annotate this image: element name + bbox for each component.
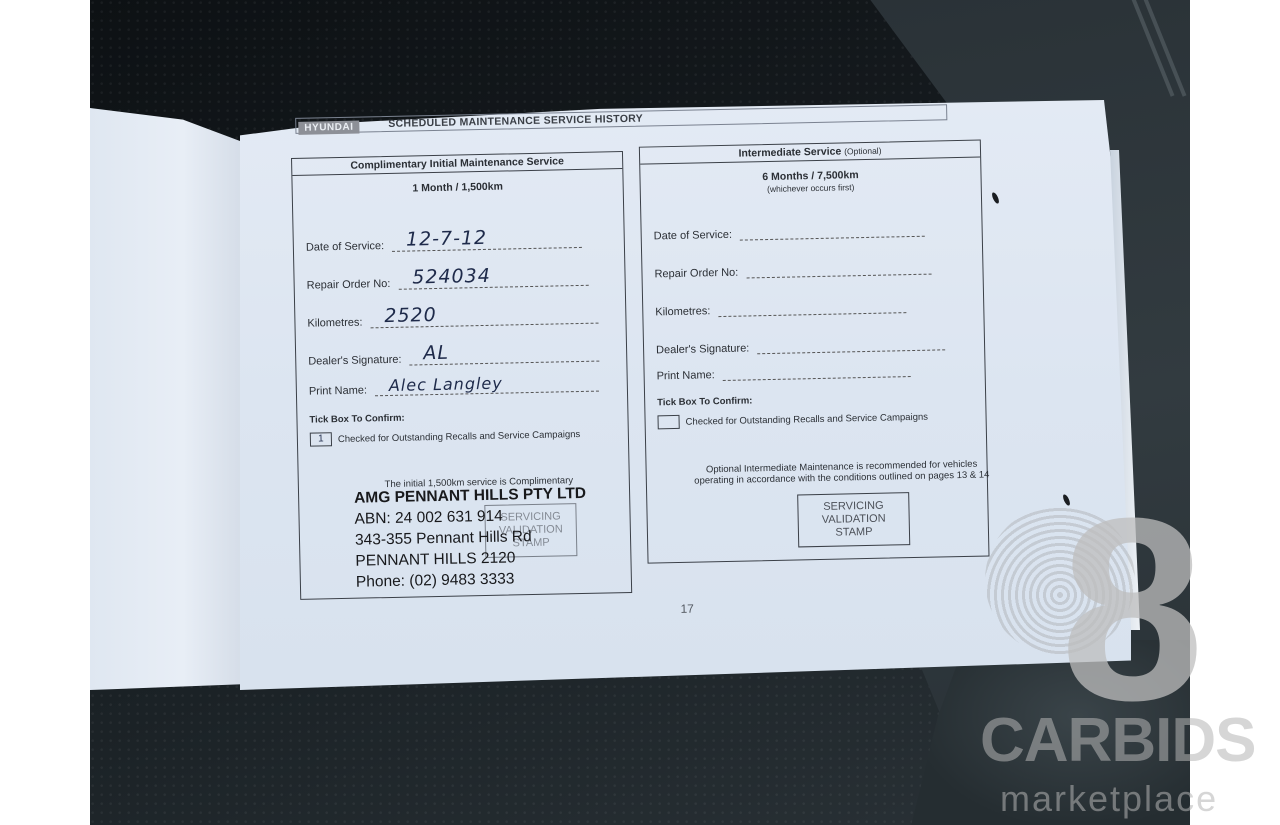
date-of-service-field[interactable]: Date of Service: [654, 222, 926, 243]
signature: AL [423, 342, 449, 365]
brand-label: HYUNDAI [298, 121, 359, 135]
handwritten-value: 12-7-12 [406, 227, 488, 251]
checkbox-label: Checked for Outstanding Recalls and Serv… [338, 428, 581, 444]
form-title: Complimentary Initial Maintenance Servic… [292, 152, 622, 176]
form-title: Intermediate Service (Optional) [640, 141, 980, 165]
dealer-stamp: AMG PENNANT HILLS PTY LTD ABN: 24 002 63… [354, 483, 588, 593]
print-name-field[interactable]: Print Name: [656, 362, 910, 382]
checkbox-label: Checked for Outstanding Recalls and Serv… [686, 411, 929, 427]
page-number: 17 [680, 602, 694, 616]
recalls-checkbox-row[interactable]: 1 Checked for Outstanding Recalls and Se… [310, 427, 581, 447]
watermark-brand: CARBIDS [980, 705, 1255, 776]
page-content: HYUNDAI SCHEDULED MAINTENANCE SERVICE HI… [290, 94, 1061, 630]
dealer-phone: Phone: (02) 9483 3333 [356, 567, 588, 593]
date-of-service-field[interactable]: Date of Service: 12-7-12 [306, 233, 583, 254]
complimentary-service-form: Complimentary Initial Maintenance Servic… [291, 151, 632, 600]
service-interval: 1 Month / 1,500km [293, 178, 623, 197]
print-name-field[interactable]: Print Name: Alec Langley [309, 377, 599, 398]
handwritten-value: 524034 [412, 265, 491, 289]
watermark-logo: 8 [1060, 480, 1205, 740]
dealer-signature-field[interactable]: Dealer's Signature: [656, 335, 945, 356]
photo: HYUNDAI SCHEDULED MAINTENANCE SERVICE HI… [90, 0, 1190, 825]
recalls-checkbox-row[interactable]: Checked for Outstanding Recalls and Serv… [657, 410, 928, 430]
repair-order-field[interactable]: Repair Order No: [654, 260, 931, 281]
intermediate-note: Optional Intermediate Maintenance is rec… [677, 458, 1007, 487]
dealer-signature-field[interactable]: Dealer's Signature: AL [308, 347, 599, 368]
intermediate-service-form: Intermediate Service (Optional) 6 Months… [639, 140, 990, 564]
recalls-checkbox[interactable]: 1 [310, 432, 332, 446]
kilometres-field[interactable]: Kilometres: 2520 [307, 309, 598, 330]
handwritten-value: 2520 [384, 304, 437, 327]
recalls-checkbox[interactable] [657, 415, 679, 429]
left-page [90, 108, 245, 690]
kilometres-field[interactable]: Kilometres: [655, 298, 906, 318]
watermark-subtitle: marketplace [1000, 778, 1218, 820]
handwritten-value: Alec Langley [389, 374, 503, 395]
tick-box-title: Tick Box To Confirm: [309, 413, 404, 426]
service-booklet: HYUNDAI SCHEDULED MAINTENANCE SERVICE HI… [90, 0, 1190, 825]
repair-order-field[interactable]: Repair Order No: 524034 [306, 271, 588, 292]
tick-box-title: Tick Box To Confirm: [657, 395, 752, 408]
validation-stamp-box: SERVICING VALIDATION STAMP [797, 492, 910, 547]
